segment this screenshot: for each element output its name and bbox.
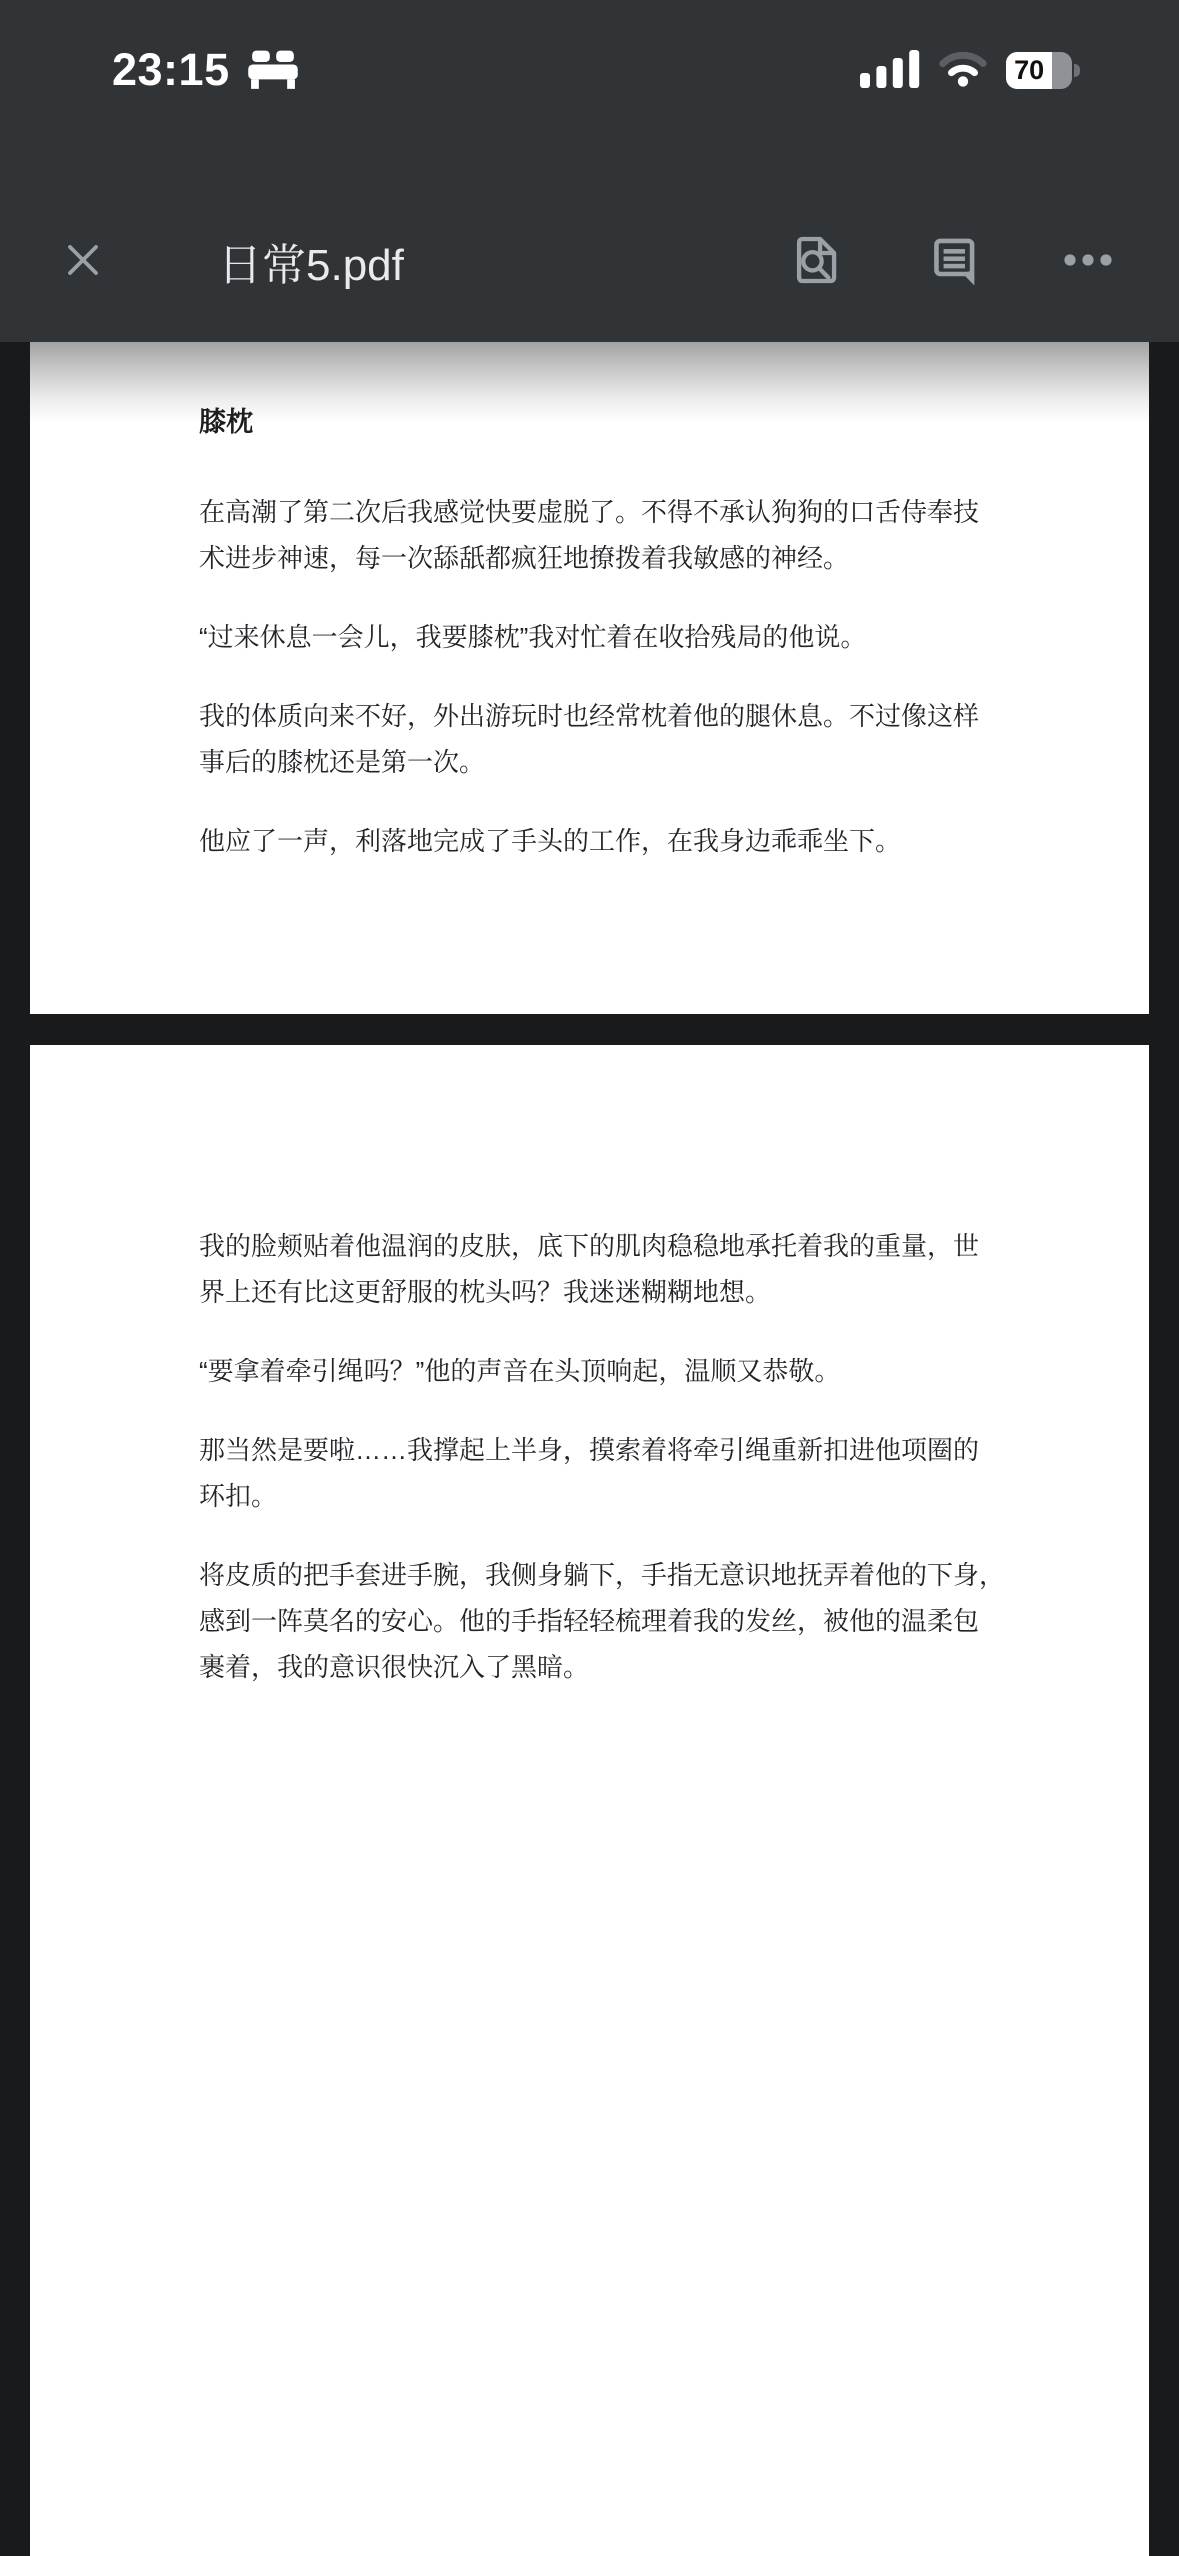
status-time: 23:15 [112,44,230,96]
story-title: 膝枕 [199,399,1061,445]
pdf-toolbar: 日常5.pdf [0,205,1179,317]
close-icon [62,239,104,284]
find-in-document-button[interactable] [787,232,843,291]
more-options-icon [1063,253,1113,270]
pdf-viewer-screen: 23:15 [0,0,1179,2556]
close-button[interactable] [62,240,104,282]
paragraph: 他应了一声，利落地完成了手头的工作，在我身边乖乖坐下。 [199,818,1061,864]
pdf-page-1: 膝枕 在高潮了第二次后我感觉快要虚脱了。不得不承认狗狗的口舌侍奉技 术进步神速，… [30,342,1149,1014]
toolbar-actions [787,232,1113,291]
status-right: 70 [860,48,1080,93]
wifi-icon [938,49,988,92]
paragraph: 在高潮了第二次后我感觉快要虚脱了。不得不承认狗狗的口舌侍奉技 术进步神速，每一次… [199,489,1061,581]
paragraph: “过来休息一会儿，我要膝枕”我对忙着在收拾残局的他说。 [199,614,1061,660]
paragraph: 我的体质向来不好，外出游玩时也经常枕着他的腿休息。不过像这样 事后的膝枕还是第一… [199,693,1061,785]
battery-indicator: 70 [1006,52,1080,89]
pdf-page-2: 我的脸颊贴着他温润的皮肤，底下的肌肉稳稳地承托着我的重量，世 界上还有比这更舒服… [30,1045,1149,2556]
cellular-signal-icon [860,48,920,93]
top-chrome: 23:15 [0,0,1179,342]
comments-button[interactable] [925,232,981,291]
paragraph: 我的脸颊贴着他温润的皮肤，底下的肌肉稳稳地承托着我的重量，世 界上还有比这更舒服… [199,1223,1061,1315]
paragraph: “要拿着牵引绳吗？”他的声音在头顶响起，温顺又恭敬。 [199,1348,1061,1394]
document-scroll-area[interactable]: 膝枕 在高潮了第二次后我感觉快要虚脱了。不得不承认狗狗的口舌侍奉技 术进步神速，… [0,342,1179,2556]
document-title: 日常5.pdf [218,229,787,293]
page-gap [0,1014,1179,1045]
paragraph: 将皮质的把手套进手腕，我侧身躺下，手指无意识地抚弄着他的下身， 感到一阵莫名的安… [199,1552,1061,1690]
status-bar: 23:15 [0,38,1179,102]
comment-icon [925,232,981,291]
battery-percent: 70 [1006,52,1052,89]
battery-body: 70 [1006,52,1072,89]
battery-nub [1074,64,1080,77]
status-left: 23:15 [112,44,300,96]
find-in-document-icon [787,232,843,291]
paragraph: 那当然是要啦……我撑起上半身，摸索着将牵引绳重新扣进他项圈的 环扣。 [199,1427,1061,1519]
more-options-button[interactable] [1063,253,1113,270]
sleep-focus-bed-icon [246,45,300,96]
